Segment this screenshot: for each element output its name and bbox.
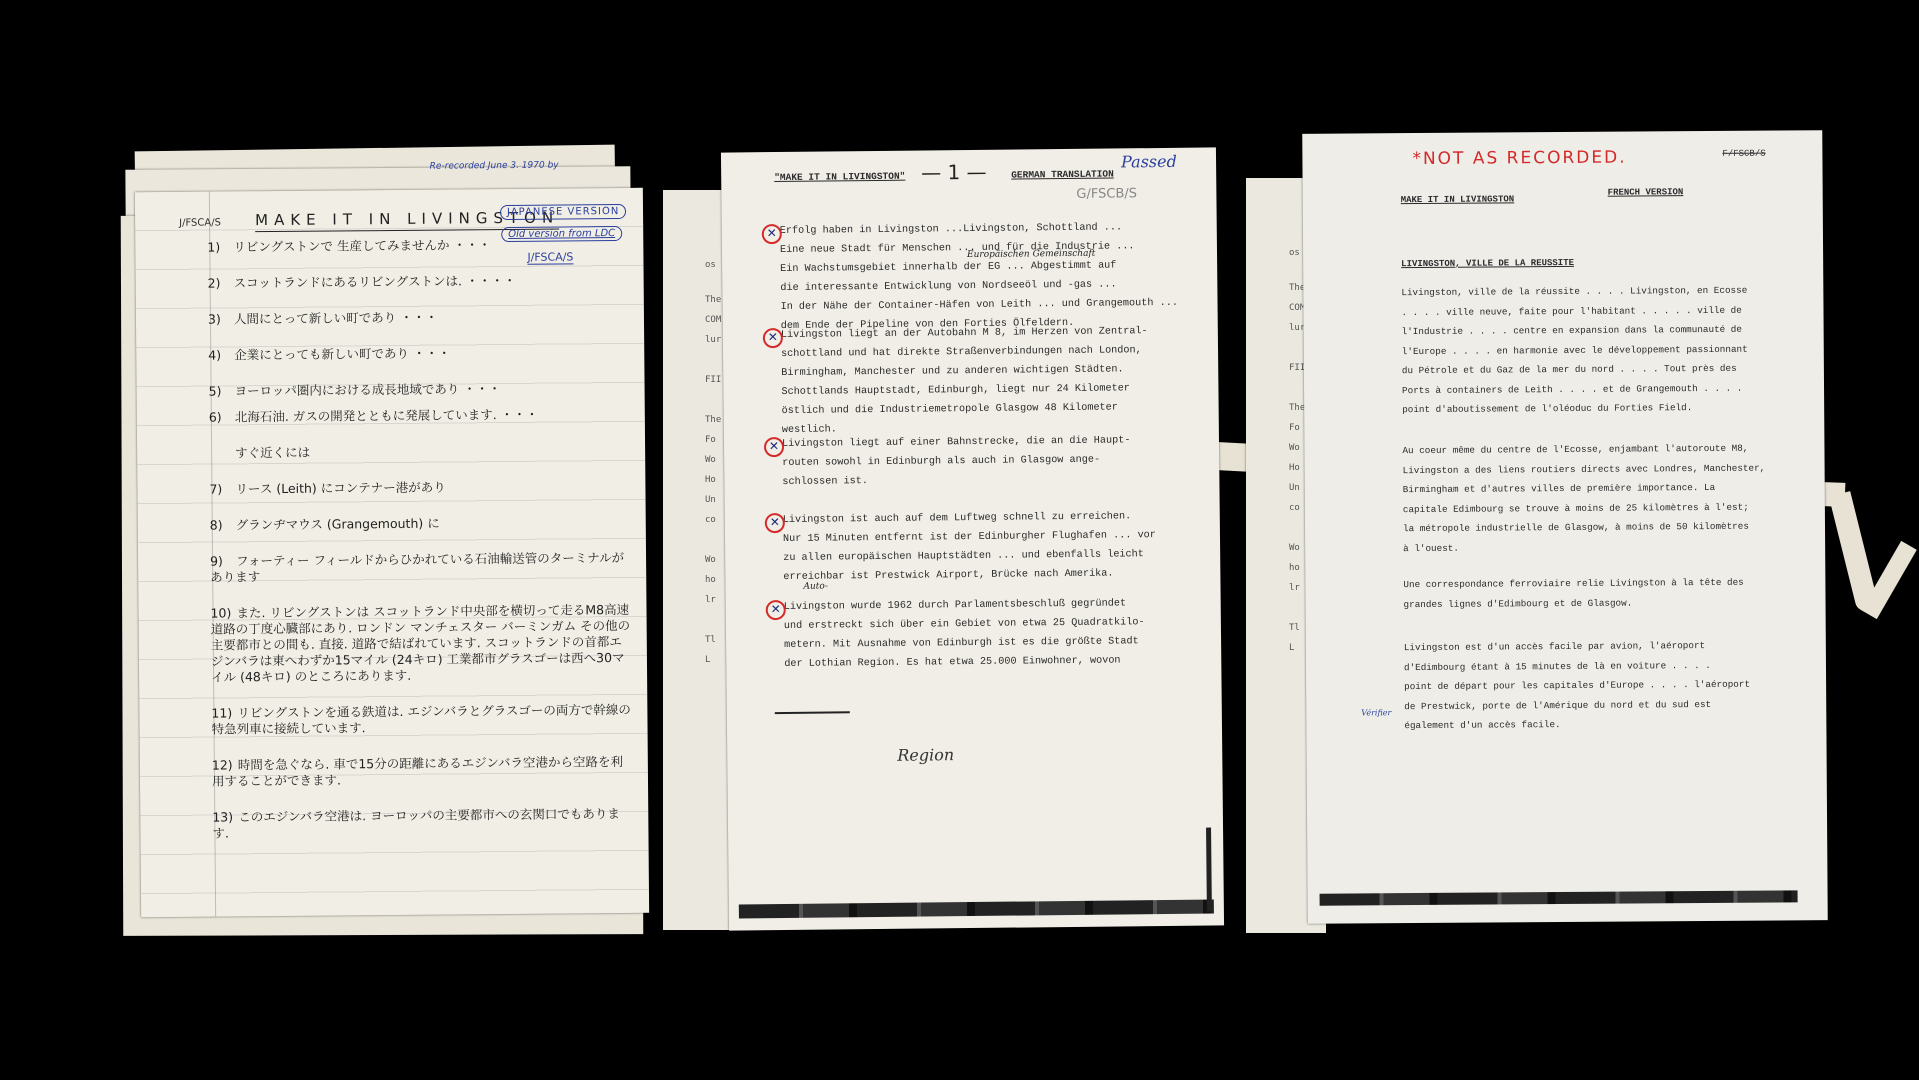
scan-edge-side: [1206, 828, 1212, 912]
text-fragment: os: [705, 260, 716, 270]
french-paragraph: Une correspondance ferroviaire relie Liv…: [1403, 572, 1803, 614]
text-line: point d'aboutissement de l'oléoduc du Fo…: [1402, 397, 1802, 419]
approval-note: Passed: [1121, 152, 1177, 172]
item-number: 8): [210, 517, 236, 533]
text-fragment: Un: [705, 495, 716, 505]
text-fragment: Wo: [705, 455, 716, 465]
text-line: Livingston, ville de la réussite . . . .…: [1401, 280, 1801, 302]
item-text: 北海石油. ガスの開発とともに発展しています. ・・・: [235, 407, 539, 425]
scan-edge-bar: [739, 899, 1214, 918]
japanese-list-item: 2)スコットランドにあるリビングストンは. ・・・・: [208, 272, 628, 292]
item-text: リビングストンで 生産してみませんか ・・・: [233, 237, 491, 254]
japanese-version-page: Re-recorded June 3. 1970 by J/FSCA/S MAK…: [135, 188, 649, 917]
text-line: point de départ pour les capitales d'Eur…: [1404, 674, 1804, 696]
german-paragraph: Livingston liegt auf einer Bahnstrecke, …: [782, 431, 1183, 492]
text-fragment: Wo: [1289, 443, 1300, 453]
text-fragment: os: [1289, 248, 1300, 258]
text-fragment: The: [705, 415, 721, 425]
french-paragraphs: Livingston, ville de la réussite . . . .…: [1302, 130, 1822, 134]
document-reference: J/FSCA/S: [179, 217, 221, 228]
version-label: JAPANESE VERSION: [500, 204, 626, 220]
text-fragment: Tl: [1289, 623, 1300, 633]
japanese-list-item: 11)リビングストンを通る鉄道は. エジンバラとグラスゴーの両方で幹線の特急列車…: [211, 702, 631, 738]
japanese-list-item: 7)リース (Leith) にコンテナー港があり: [209, 478, 629, 498]
text-line: la métropole industrielle de Glasgow, à …: [1403, 516, 1803, 538]
correction-mark-icon: ✕: [765, 513, 785, 533]
japanese-item-list: 1)リビングストンで 生産してみませんか ・・・2)スコットランドにあるリビング…: [207, 236, 632, 862]
german-paragraph: Livingston wurde 1962 durch Parlamentsbe…: [784, 594, 1185, 674]
text-fragment: FII: [1289, 363, 1305, 373]
text-fragment: Ho: [1289, 463, 1300, 473]
region-annotation: Region: [897, 745, 954, 765]
recording-note: Re-recorded June 3. 1970 by: [430, 161, 559, 172]
japanese-list-item: 10)また. リビングストンは スコットランド中央部を横切って走るM8高速道路の…: [210, 602, 631, 686]
japanese-list-item: 9)フォーティー フィールドからひかれている石油輸送管のターミナルがあります: [210, 550, 630, 586]
text-fragment: lr: [705, 595, 716, 605]
item-number: 11): [211, 705, 237, 721]
text-fragment: Ho: [705, 475, 716, 485]
item-text: 企業にとっても新しい町であり ・・・: [234, 345, 450, 362]
text-fragment: co: [1289, 503, 1300, 513]
item-number: 4): [208, 347, 234, 363]
text-fragment: Un: [1289, 483, 1300, 493]
page-subtitle: LIVINGSTON, VILLE DE LA REUSSITE: [1401, 258, 1574, 269]
page-number: — 1 —: [921, 160, 987, 185]
struck-reference: F/FSCB/S: [1722, 149, 1765, 159]
japanese-list-item: 3)人間にとって新しい町であり ・・・: [208, 308, 628, 328]
item-text: リビングストンを通る鉄道は. エジンバラとグラスゴーの両方で幹線の特急列車に接続…: [211, 702, 630, 737]
item-text: スコットランドにあるリビングストンは. ・・・・: [234, 273, 516, 290]
item-number: 1): [207, 239, 233, 255]
item-number: 9): [210, 553, 236, 569]
correction-mark-icon: ✕: [762, 224, 782, 244]
german-paragraph: Livingston ist auch auf dem Luftweg schn…: [783, 507, 1184, 587]
item-text: グランヂマウス (Grangemouth) に: [236, 516, 440, 533]
text-fragment: The: [705, 295, 721, 305]
item-text: このエジンバラ空港は. ヨーロッパの主要都市への玄関口でもあります.: [212, 806, 619, 841]
japanese-list-item: 5)ヨーロッパ圏内における成長地域であり ・・・: [209, 380, 629, 400]
text-fragment: co: [705, 515, 716, 525]
text-line: schlossen ist.: [782, 469, 1182, 492]
page-header-version: GERMAN TRANSLATION: [1011, 169, 1114, 181]
text-fragment: L: [1289, 643, 1294, 653]
item-text: リース (Leith) にコンテナー港があり: [235, 480, 445, 497]
item-number: 3): [208, 311, 234, 327]
german-translation-page: "MAKE IT IN LIVINGSTON" — 1 — GERMAN TRA…: [721, 147, 1224, 930]
text-fragment: FII: [705, 375, 721, 385]
japanese-list-item: 1)リビングストンで 生産してみませんか ・・・: [207, 236, 627, 256]
japanese-list-item: すぐ近くには: [209, 442, 629, 462]
text-line: grandes lignes d'Edimbourg et de Glasgow…: [1403, 592, 1803, 614]
text-fragment: Wo: [1289, 543, 1300, 553]
french-paragraph: Livingston est d'un accès facile par avi…: [1404, 635, 1805, 735]
item-number: 10): [210, 605, 236, 621]
text-fragment: Fo: [1289, 423, 1300, 433]
text-line: erreichbar ist Prestwick Airport, Brücke…: [783, 564, 1183, 587]
item-number: 7): [209, 481, 235, 497]
item-text: また. リビングストンは スコットランド中央部を横切って走るM8高速道路の丁度心…: [211, 602, 631, 685]
text-line: der Lothian Region. Es hat etwa 25.000 E…: [784, 651, 1184, 674]
japanese-list-item: 13)このエジンバラ空港は. ヨーロッパの主要都市への玄関口でもあります.: [212, 806, 632, 842]
item-number: 2): [208, 275, 234, 291]
text-fragment: Wo: [705, 555, 716, 565]
french-version-page: *NOT AS RECORDED. F/FSCB/S MAKE IT IN LI…: [1302, 130, 1828, 924]
item-text: 人間にとって新しい町であり ・・・: [234, 310, 438, 327]
item-number: 5): [209, 383, 235, 399]
japanese-list-item: 4)企業にとっても新しい町であり ・・・: [208, 344, 628, 364]
page-header-version: FRENCH VERSION: [1608, 187, 1684, 198]
item-text: ヨーロッパ圏内における成長地域であり ・・・: [235, 381, 501, 398]
correction-mark-icon: ✕: [763, 328, 783, 348]
text-fragment: The: [1289, 403, 1305, 413]
text-fragment: Tl: [705, 635, 716, 645]
japanese-list-item: 12)時間を急ぐなら. 車で15分の距離にあるエジンバラ空港から空路を利用するこ…: [212, 754, 632, 790]
item-text: フォーティー フィールドからひかれている石油輸送管のターミナルがあります: [210, 550, 624, 585]
scan-edge-bar: [1320, 890, 1798, 905]
text-fragment: lr: [1289, 583, 1300, 593]
item-number: 12): [212, 757, 238, 773]
japanese-list-item: 8)グランヂマウス (Grangemouth) に: [210, 514, 630, 534]
japanese-list-item: 6)北海石油. ガスの開発とともに発展しています. ・・・: [209, 406, 629, 426]
margin-note: Vérifier: [1361, 708, 1391, 717]
item-number: 6): [209, 409, 235, 425]
item-text: 時間を急ぐなら. 車で15分の距離にあるエジンバラ空港から空路を利用することがで…: [212, 754, 623, 789]
text-line: Une correspondance ferroviaire relie Liv…: [1403, 572, 1803, 594]
text-line: Ports à containers de Leith . . . . et d…: [1402, 378, 1802, 400]
item-text: すぐ近くには: [235, 445, 310, 461]
text-line: l'Industrie . . . . centre en expansion …: [1402, 319, 1802, 341]
page-header-title: "MAKE IT IN LIVINGSTON": [774, 171, 905, 183]
french-paragraph: Au coeur même du centre de l'Ecosse, enj…: [1402, 438, 1803, 558]
correction-mark-icon: ✕: [766, 600, 786, 620]
text-fragment: Fo: [705, 435, 716, 445]
text-fragment: ho: [705, 575, 716, 585]
correction-mark-icon: ✕: [764, 437, 784, 457]
not-as-recorded-note: *NOT AS RECORDED.: [1412, 148, 1626, 169]
page-header-title: MAKE IT IN LIVINGSTON: [1401, 194, 1514, 205]
text-fragment: lur: [705, 335, 721, 345]
text-fragment: COM: [705, 315, 721, 325]
text-line: Livingston a des liens routiers directs …: [1403, 458, 1803, 480]
text-line: l'Europe . . . . en harmonie avec le dév…: [1402, 339, 1802, 361]
text-fragment: L: [705, 655, 710, 665]
document-reference: G/FSCB/S: [1076, 186, 1137, 202]
text-fragment: ho: [1289, 563, 1300, 573]
german-paragraph: Erfolg haben in Livingston ...Livingston…: [780, 218, 1181, 336]
separator-rule: [775, 711, 850, 714]
text-line: Au coeur même du centre de l'Ecosse, enj…: [1402, 438, 1802, 460]
item-number: 13): [212, 809, 238, 825]
german-paragraph: Livingston liegt an der Autobahn M 8, im…: [781, 322, 1182, 440]
text-line: également d'un accès facile.: [1404, 713, 1804, 735]
text-line: à l'ouest.: [1403, 536, 1803, 558]
french-paragraph: Livingston, ville de la réussite . . . .…: [1401, 280, 1802, 419]
